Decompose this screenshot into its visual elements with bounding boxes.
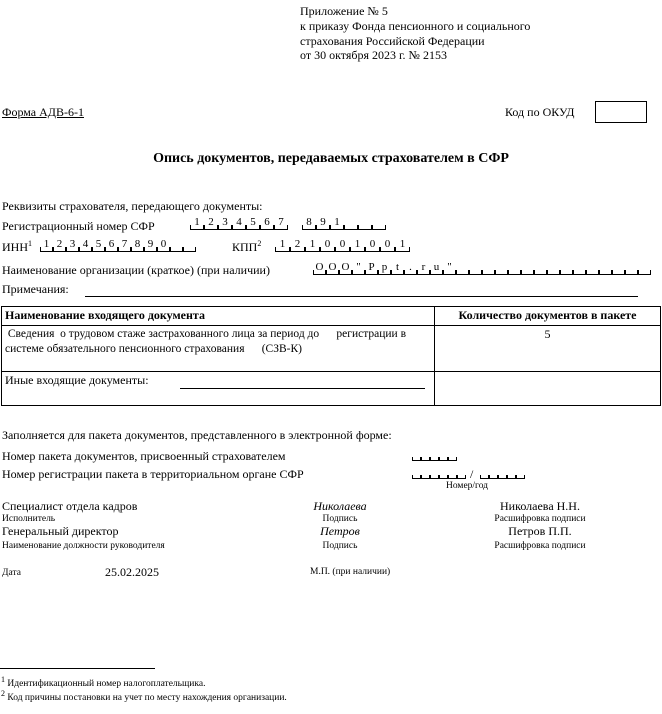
- page-title: Опись документов, передаваемых страховат…: [0, 151, 662, 167]
- annex-line: от 30 октября 2023 г. № 2153: [300, 48, 530, 63]
- stamp-label: М.П. (при наличии): [310, 567, 390, 577]
- table-row: Сведения о трудовом стаже застрахованног…: [2, 326, 661, 372]
- notes-blank-line: [85, 283, 638, 297]
- col-header-document-name: Наименование входящего документа: [2, 307, 435, 326]
- kpp-cells: 121001001: [275, 236, 410, 252]
- annex-note: Приложение № 5 к приказу Фонда пенсионно…: [300, 4, 530, 63]
- signature-caption: Подпись: [270, 541, 410, 551]
- footnote-marker: 2: [1, 689, 5, 698]
- document-count-cell: 5: [435, 326, 661, 372]
- signature-caption: Подпись: [270, 514, 410, 524]
- kpp-label: КПП2: [232, 239, 261, 255]
- number-year-separator: /: [470, 467, 473, 482]
- position-title: Специалист отдела кадров: [2, 499, 137, 514]
- signature: Николаева: [270, 499, 410, 514]
- inn-footnote-marker: 1: [28, 239, 32, 248]
- annex-line: к приказу Фонда пенсионного и социальног…: [300, 19, 530, 34]
- inn-label: ИНН1: [2, 239, 32, 255]
- notes-label: Примечания:: [2, 282, 69, 297]
- document-name-cell: Сведения о трудовом стаже застрахованног…: [2, 326, 435, 372]
- annex-line: Приложение № 5: [300, 4, 530, 19]
- okud-code-box: [595, 101, 647, 123]
- name-caption: Расшифровка подписи: [460, 541, 620, 551]
- kpp-footnote-marker: 2: [257, 239, 261, 248]
- signature-name: Николаева Н.Н.: [460, 499, 620, 514]
- org-name-label: Наименование организации (краткое) (при …: [2, 263, 270, 278]
- inn-cells: 1234567890: [40, 236, 196, 252]
- col-header-document-count: Количество документов в пакете: [435, 307, 661, 326]
- registration-number-cells: [412, 468, 466, 479]
- position-caption: Исполнитель: [2, 514, 55, 524]
- table-header-row: Наименование входящего документа Количес…: [2, 307, 661, 326]
- documents-table: Наименование входящего документа Количес…: [1, 306, 661, 406]
- requisites-section-label: Реквизиты страхователя, передающего доку…: [2, 199, 263, 214]
- electronic-section-label: Заполняется для пакета документов, предс…: [2, 428, 392, 443]
- signature-name: Петров П.П.: [460, 524, 620, 539]
- date-label: Дата: [2, 568, 21, 578]
- blank-line: [180, 388, 425, 389]
- other-documents-cell: Иные входящие документы:: [2, 372, 435, 406]
- footnote-marker: 1: [1, 675, 5, 684]
- reg-number-label: Регистрационный номер СФР: [2, 219, 155, 234]
- document-page: Приложение № 5 к приказу Фонда пенсионно…: [0, 0, 662, 714]
- signature: Петров: [270, 524, 410, 539]
- position-caption: Наименование должности руководителя: [2, 541, 165, 551]
- document-count-cell: [435, 372, 661, 406]
- footnote-separator: [0, 668, 155, 669]
- reg-number-cells-group2: 891: [302, 214, 386, 230]
- registration-year-cells: [480, 468, 525, 479]
- footnote: 1 Идентификационный номер налогоплательщ…: [1, 675, 205, 689]
- annex-line: страхования Российской Федерации: [300, 34, 530, 49]
- registration-number-label: Номер регистрации пакета в территориальн…: [2, 467, 304, 482]
- reg-number-cells-group1: 1234567: [190, 214, 288, 230]
- number-year-caption: Номер/год: [446, 481, 488, 491]
- package-number-label: Номер пакета документов, присвоенный стр…: [2, 449, 286, 464]
- footnote: 2 Код причины постановки на учет по мест…: [1, 689, 287, 703]
- position-title: Генеральный директор: [2, 524, 119, 539]
- okud-label: Код по ОКУД: [505, 105, 575, 120]
- package-number-cells: [412, 450, 457, 461]
- date-value: 25.02.2025: [105, 565, 159, 580]
- org-name-cells: ООО"Ppt.ru": [313, 259, 651, 275]
- table-row: Иные входящие документы:: [2, 372, 661, 406]
- form-name: Форма АДВ-6-1: [2, 105, 84, 120]
- name-caption: Расшифровка подписи: [460, 514, 620, 524]
